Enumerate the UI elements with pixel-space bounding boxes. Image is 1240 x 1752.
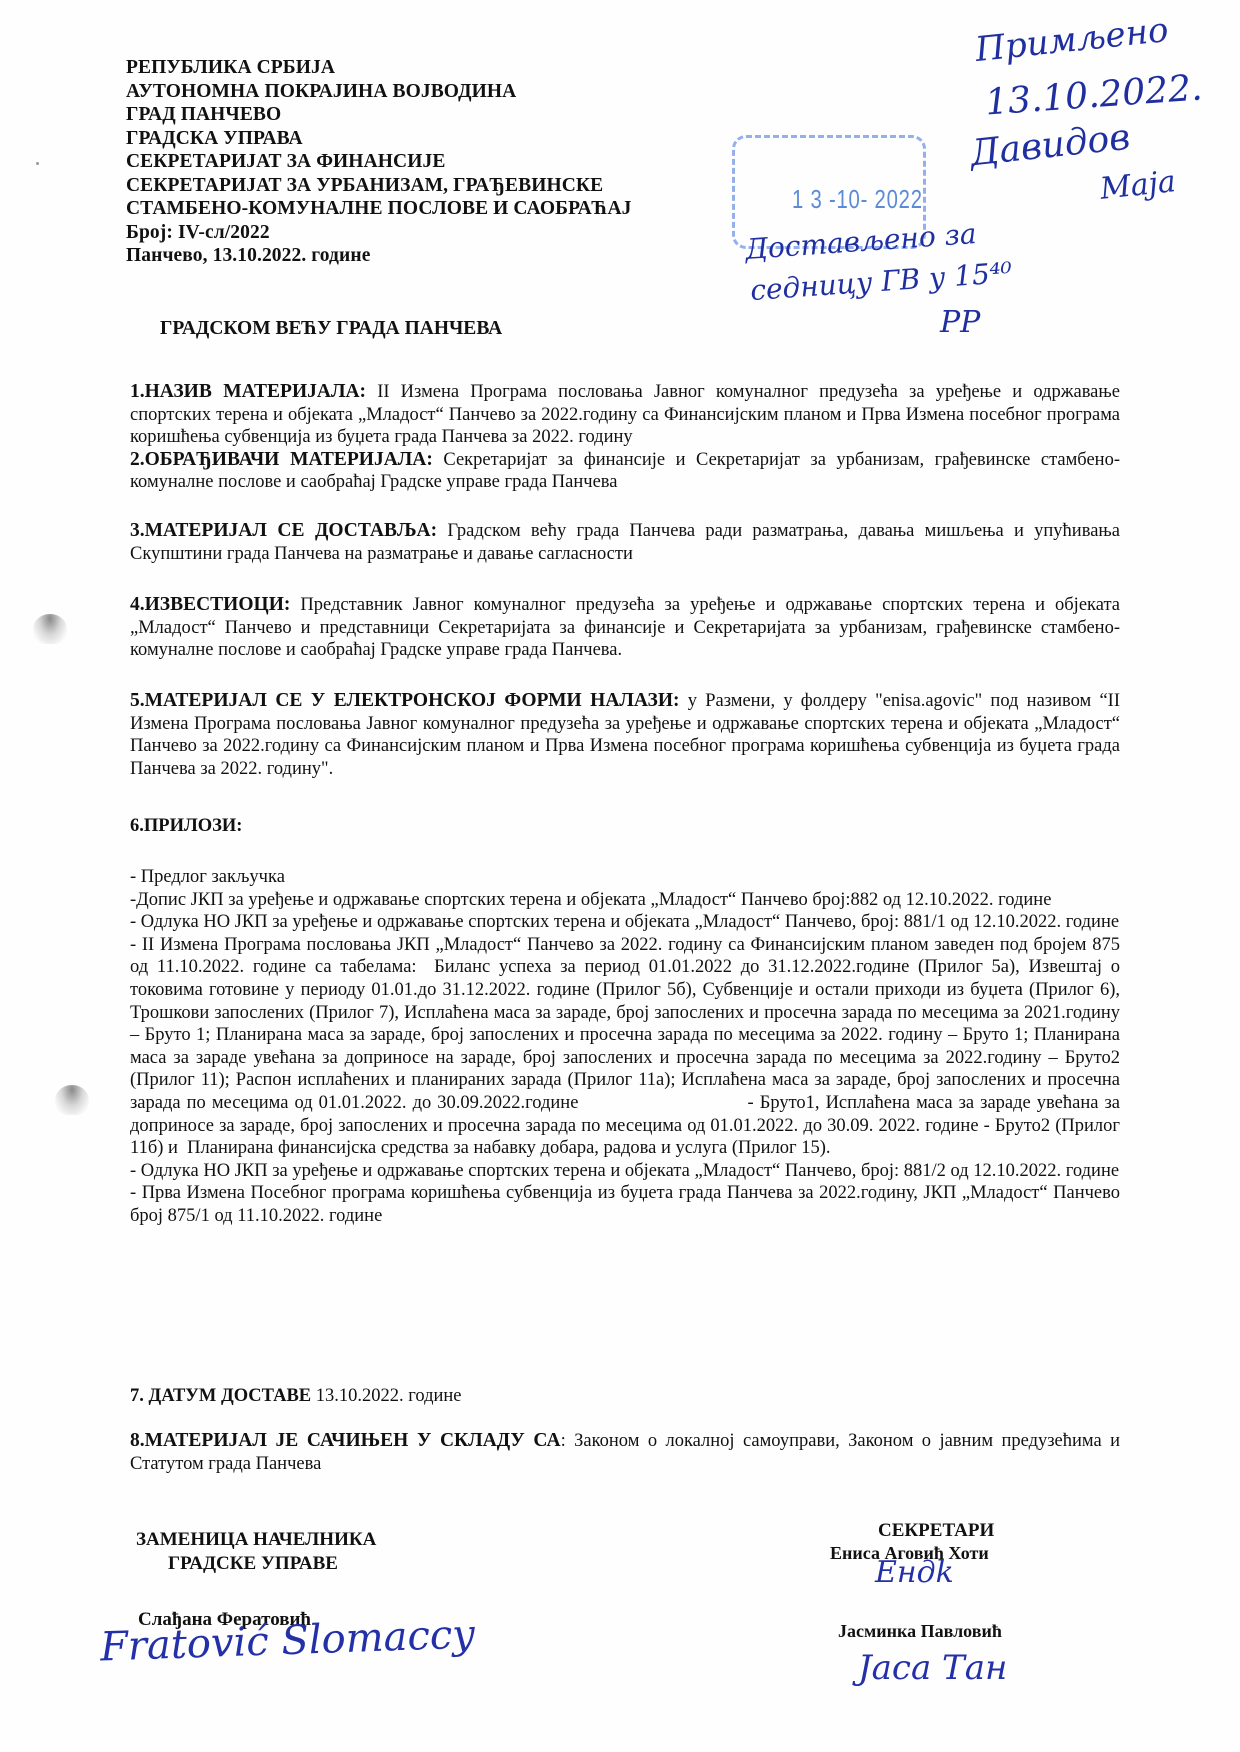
letterhead: РЕПУБЛИКА СРБИЈА АУТОНОМНА ПОКРАЈИНА ВОЈ… (126, 56, 632, 268)
signatory-title: ГРАДСКЕ УПРАВЕ (136, 1552, 376, 1576)
signature-block-left: ЗАМЕНИЦА НАЧЕЛНИКА ГРАДСКЕ УПРАВЕ Слађан… (136, 1528, 376, 1576)
handwritten-received: Примљено (973, 10, 1170, 70)
section-4: 4.ИЗВЕСТИОЦИ: Представник Јавног комунал… (130, 594, 1120, 662)
attachments-list: - Предлог закључка -Допис ЈКП за уређење… (130, 866, 1120, 1228)
attachment-item: - II Измена Програма пословања ЈКП „Млад… (130, 934, 1120, 1160)
signatory-title: СЕКРЕТАРИ (830, 1520, 1060, 1542)
letterhead-line: СЕКРЕТАРИЈАТ ЗА УРБАНИЗАМ, ГРАЂЕВИНСКЕ (126, 174, 632, 198)
section-prepared-by: 2.ОБРАЂИВАЧИ МАТЕРИЈАЛА: Секретаријат за… (130, 449, 1120, 494)
section-text: 13.10.2022. године (311, 1386, 461, 1406)
section-5: 5.МАТЕРИЈАЛ СЕ У ЕЛЕКТРОНСКОЈ ФОРМИ НАЛА… (130, 690, 1120, 780)
section-8: 8.МАТЕРИЈАЛ ЈЕ САЧИЊЕН У СКЛАДУ СА: Зако… (130, 1430, 1120, 1475)
letterhead-line: АУТОНОМНА ПОКРАЈИНА ВОЈВОДИНА (126, 80, 632, 104)
section-label: 4.ИЗВЕСТИОЦИ: (130, 594, 290, 615)
place-date: Панчево, 13.10.2022. године (126, 244, 632, 268)
letterhead-line: СТАМБЕНО-КОМУНАЛНЕ ПОСЛОВЕ И САОБРАЋАЈ (126, 197, 632, 221)
handwritten-date: 13.10.2022. (984, 67, 1204, 123)
handwritten-signature: Јаса Тан (858, 1648, 1007, 1688)
section-label: 7. ДАТУМ ДОСТАВЕ (130, 1386, 311, 1406)
section-6-heading: 6.ПРИЛОЗИ: (130, 815, 1120, 838)
handwritten-initials: РР (940, 305, 980, 340)
attachment-item: - Предлог закључка (130, 866, 1120, 889)
section-3: 3.МАТЕРИЈАЛ СЕ ДОСТАВЉА: Градском већу г… (130, 520, 1120, 565)
attachment-item: -Допис ЈКП за уређење и одржавање спортс… (130, 889, 1120, 912)
section-label: 6.ПРИЛОЗИ: (130, 816, 242, 836)
section-material-title: 1.НАЗИВ МАТЕРИЈАЛА: II Измена Програма п… (130, 381, 1120, 449)
section-label: 2.ОБРАЂИВАЧИ МАТЕРИЈАЛА: (130, 449, 433, 470)
document-page: РЕПУБЛИКА СРБИЈА АУТОНОМНА ПОКРАЈИНА ВОЈ… (0, 0, 1240, 1752)
letterhead-line: РЕПУБЛИКА СРБИЈА (126, 56, 632, 80)
section-label: 3.МАТЕРИЈАЛ СЕ ДОСТАВЉА: (130, 520, 437, 541)
attachment-item: - Прва Измена Посебног програма коришћењ… (130, 1182, 1120, 1227)
attachment-item: - Одлука НО ЈКП за уређење и одржавање с… (130, 911, 1120, 934)
handwritten-surname: Давидов (968, 117, 1132, 175)
handwritten-firstname: Маја (1098, 164, 1177, 207)
section-label: 5.МАТЕРИЈАЛ СЕ У ЕЛЕКТРОНСКОЈ ФОРМИ НАЛА… (130, 690, 679, 711)
punch-hole (33, 614, 67, 644)
letterhead-line: ГРАДСКА УПРАВА (126, 127, 632, 151)
stamp-date: 1 3 -10- 2022 (792, 184, 923, 215)
letterhead-line: ГРАД ПАНЧЕВО (126, 103, 632, 127)
addressee: ГРАДСКОМ ВЕЋУ ГРАДА ПАНЧЕВА (160, 318, 502, 340)
attachment-item: - Одлука НО ЈКП за уређење и одржавање с… (130, 1160, 1120, 1183)
signatory-title: ЗАМЕНИЦА НАЧЕЛНИКА (136, 1528, 376, 1552)
letterhead-line: СЕКРЕТАРИЈАТ ЗА ФИНАНСИЈЕ (126, 150, 632, 174)
signatory-name: Јасминка Павловић (838, 1620, 1002, 1642)
scan-speck (36, 162, 39, 165)
handwritten-delivery-note: седницу ГВ у 15⁴⁰ (749, 256, 1013, 307)
section-7: 7. ДАТУМ ДОСТАВЕ 13.10.2022. године (130, 1385, 1120, 1408)
document-number: Број: IV-сл/2022 (126, 221, 632, 245)
section-label: 1.НАЗИВ МАТЕРИЈАЛА: (130, 381, 366, 402)
punch-hole (55, 1085, 89, 1115)
handwritten-signature: Ендk (875, 1555, 954, 1590)
section-label: 8.МАТЕРИЈАЛ ЈЕ САЧИЊЕН У СКЛАДУ СА (130, 1430, 561, 1451)
section-1-2: 1.НАЗИВ МАТЕРИЈАЛА: II Измена Програма п… (130, 381, 1120, 494)
